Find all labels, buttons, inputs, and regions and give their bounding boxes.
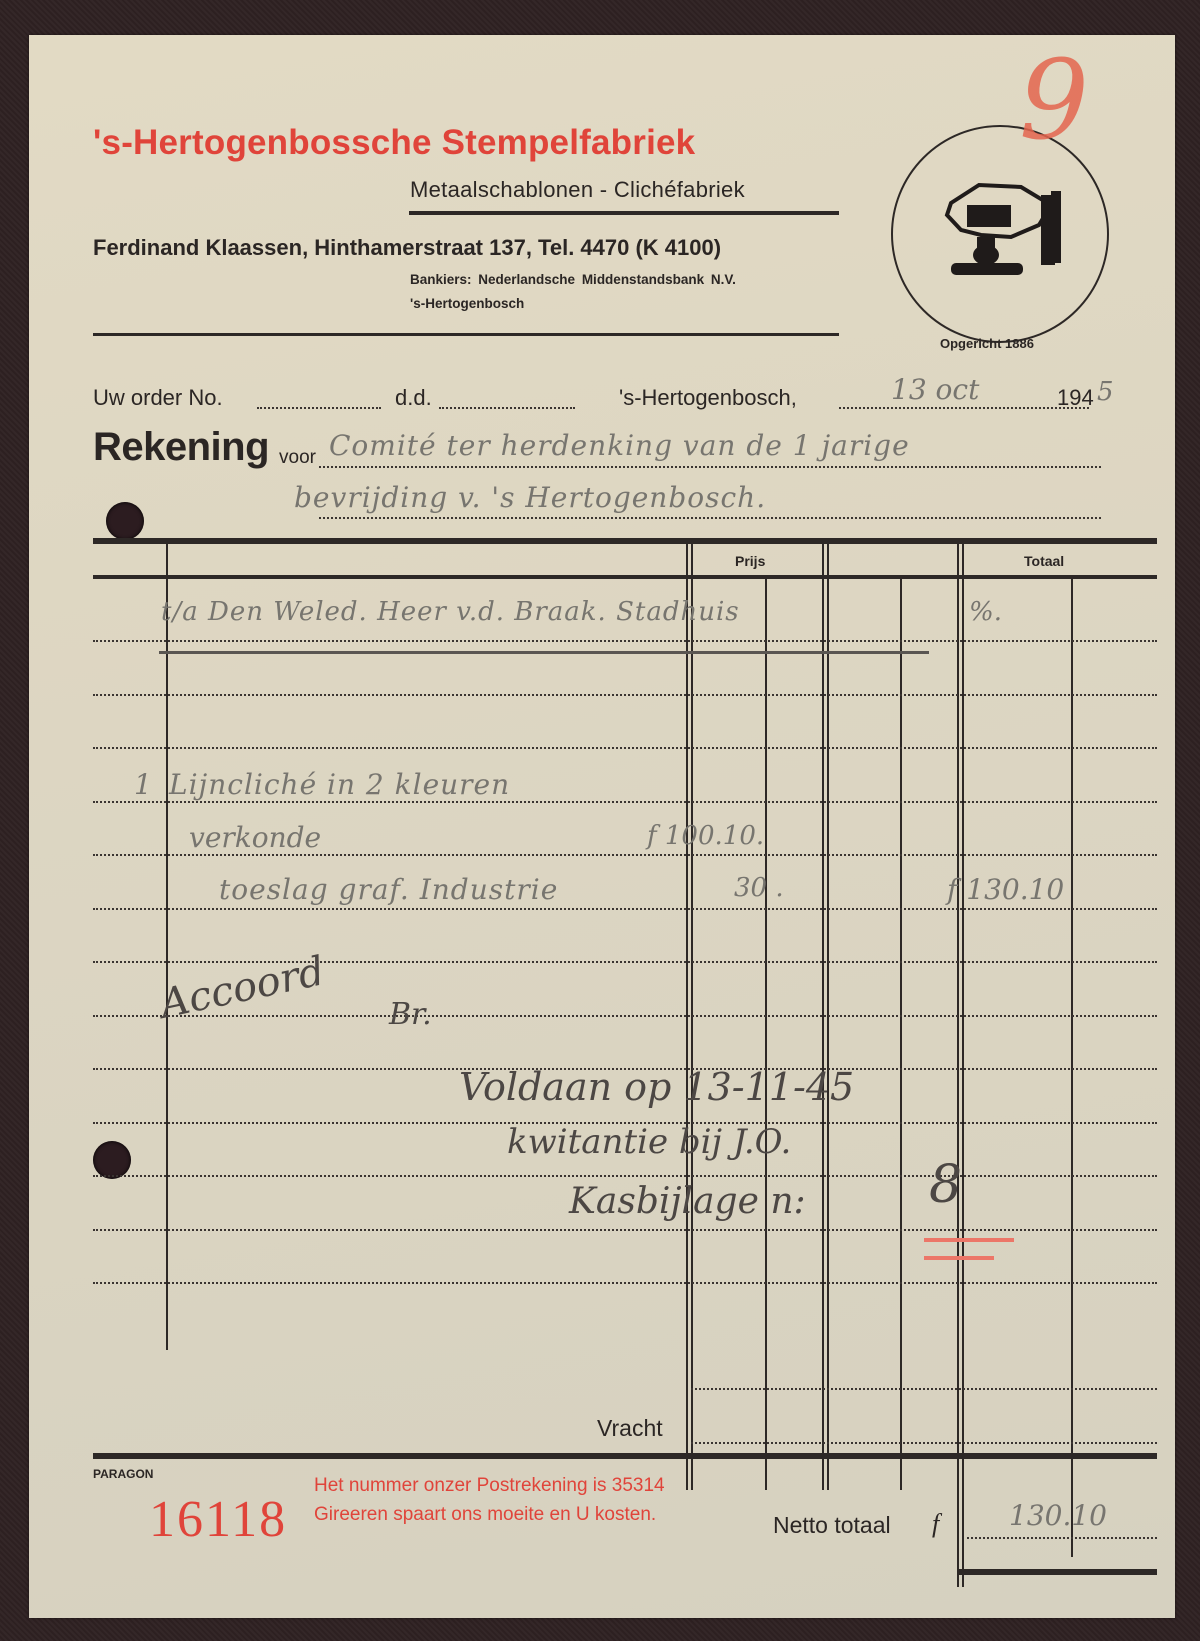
row-5-description: verkonde — [189, 821, 321, 854]
red-underline-1 — [924, 1238, 1014, 1242]
form-number: 16118 — [149, 1490, 287, 1549]
city-label: 's-Hertogenbosch, — [619, 385, 797, 411]
recipient-line-1[interactable] — [319, 466, 1101, 468]
row-6-price: 30 . — [734, 873, 784, 903]
total-col-left-a — [957, 540, 959, 1587]
table-row-line — [93, 694, 1157, 696]
receipt-note: kwitantie bij J.O. — [507, 1122, 791, 1162]
bankers-line: Bankiers: Nederlandsche Middenstandsbank… — [410, 272, 736, 287]
company-name: 's-Hertogenbossche Stempelfabriek — [93, 123, 695, 163]
row-1-underline — [159, 651, 929, 654]
header-price: Prijs — [735, 553, 765, 569]
table-top-rule — [93, 538, 1157, 544]
table-bottom-rule — [93, 1453, 1157, 1459]
row-5-price: f 100.10. — [647, 821, 764, 851]
table-row-line — [691, 1442, 1157, 1444]
header-total: Totaal — [1024, 553, 1064, 569]
invoice-date-field[interactable] — [839, 407, 1089, 409]
net-total-value: 130.10 — [1009, 1499, 1107, 1532]
recipient-line-2[interactable] — [319, 517, 1101, 519]
table-row-line — [93, 747, 1157, 749]
row-4-description: Lijncliché in 2 kleuren — [169, 768, 510, 801]
address-line: Ferdinand Klaassen, Hinthamerstraat 137,… — [93, 235, 721, 261]
table-row-line — [93, 1175, 1157, 1177]
net-total-label: Netto totaal — [773, 1512, 891, 1539]
recipient-text-2: bevrijding v. 's Hertogenbosch. — [294, 481, 766, 514]
total-cents-line — [1071, 577, 1073, 1557]
row-1-description: t/a Den Weled. Heer v.d. Braak. Stadhuis — [161, 597, 740, 627]
table-row-line — [93, 1015, 1157, 1017]
tagline-rule — [409, 211, 839, 215]
net-total-field[interactable] — [967, 1537, 1157, 1539]
table-row-line — [93, 908, 1157, 910]
signature-initials: Br. — [389, 997, 432, 1032]
red-underline-2 — [924, 1256, 994, 1260]
letterhead-rule — [93, 333, 839, 336]
row-4-qty: 1 — [134, 768, 152, 801]
table-row-line — [93, 801, 1157, 803]
order-date-label: d.d. — [395, 385, 432, 411]
invoice-paper: 's-Hertogenbossche Stempelfabriek Metaal… — [29, 35, 1175, 1618]
freight-label: Vracht — [597, 1415, 663, 1442]
table-row-line — [93, 1229, 1157, 1231]
order-number-field[interactable] — [257, 407, 381, 409]
recipient-text-1: Comité ter herdenking van de 1 jarige — [329, 429, 910, 462]
voucher-number: 8 — [929, 1155, 962, 1215]
row-6-description: toeslag graf. Industrie — [219, 873, 558, 906]
hole-punch-bottom — [93, 1141, 131, 1179]
year-handwritten: 5 — [1097, 377, 1114, 407]
total-col-left-b — [962, 540, 964, 1587]
currency-symbol: f — [932, 1509, 939, 1539]
company-tagline: Metaalschablonen - Clichéfabriek — [410, 177, 745, 203]
invoice-for-label: voor — [279, 447, 316, 469]
mid-cents-line — [900, 577, 902, 1490]
row-6-total: f 130.10 — [947, 873, 1064, 906]
table-row-line — [691, 1388, 1157, 1390]
founded-label: Opgericht 1886 — [940, 336, 1034, 351]
red-annotation-number: 9 — [1019, 45, 1089, 155]
table-header-rule — [93, 575, 1157, 579]
table-row-line — [93, 854, 1157, 856]
postal-account-line: Het nummer onzer Postrekening is 35314 — [314, 1475, 665, 1497]
invoice-title: Rekening — [93, 425, 269, 470]
table-row-line — [93, 640, 1157, 642]
paid-note: Voldaan op 13-11-45 — [459, 1065, 854, 1109]
giro-line: Gireeren spaart ons moeite en U kosten. — [314, 1504, 656, 1526]
price-cents-line — [765, 577, 767, 1490]
hole-punch-top — [106, 502, 144, 540]
printer-name: PARAGON — [93, 1467, 153, 1481]
voucher-label: Kasbijlage n: — [569, 1181, 806, 1222]
year-printed: 194 — [1057, 385, 1094, 411]
net-total-box-bottom — [957, 1569, 1157, 1575]
table-row-line — [93, 1282, 1157, 1284]
bank-city: 's-Hertogenbosch — [410, 296, 524, 311]
order-number-label: Uw order No. — [93, 385, 223, 411]
order-date-field[interactable] — [439, 407, 575, 409]
row-1-total: %. — [969, 597, 1002, 627]
invoice-date-handwritten: 13 oct — [891, 373, 979, 406]
